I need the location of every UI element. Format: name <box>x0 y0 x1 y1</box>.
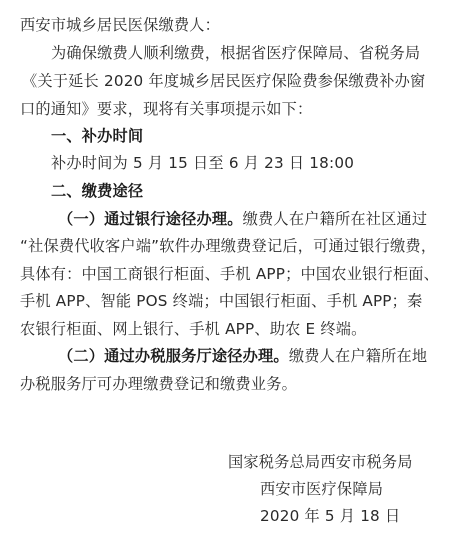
intro-line-2: 《关于延长 2020 年度城乡居民医疗保险费参保缴费补办窗 <box>22 71 425 91</box>
intro-line-1: 为确保缴费人顺利缴费，根据省医疗保障局、省税务局 <box>51 43 420 63</box>
item2-line2: 办税服务厅可办理缴费登记和缴费业务。 <box>20 374 297 394</box>
item1-line5: 农银行柜面、网上银行、手机 APP、助农 E 终端。 <box>20 319 367 339</box>
item1-label: （一）通过银行途径办理。 <box>58 210 243 228</box>
signature-date: 2020 年 5 月 18 日 <box>260 506 400 526</box>
item2-line1-rest: 缴费人在户籍所在地 <box>289 347 428 365</box>
section2-item2-line1: （二）通过办税服务厅途径办理。缴费人在户籍所在地 <box>58 346 427 366</box>
salutation: 西安市城乡居民医保缴费人： <box>20 15 220 35</box>
item2-label: （二）通过办税服务厅途径办理。 <box>58 347 289 365</box>
signature-org1: 国家税务总局西安市税务局 <box>228 452 413 472</box>
item1-line3: 具体有：中国工商银行柜面、手机 APP；中国农业银行柜面、 <box>20 264 439 284</box>
section2-heading: 二、缴费途径 <box>51 181 143 201</box>
intro-line-3: 口的通知》要求，现将有关事项提示如下： <box>20 99 312 119</box>
section2-item1-line1: （一）通过银行途径办理。缴费人在户籍所在社区通过 <box>58 209 427 229</box>
item1-line2: “社保费代收客户端”软件办理缴费登记后，可通过银行缴费， <box>20 236 436 256</box>
signature-org2: 西安市医疗保障局 <box>260 479 383 499</box>
section1-heading: 一、补办时间 <box>51 126 143 146</box>
item1-line1-rest: 缴费人在户籍所在社区通过 <box>243 210 428 228</box>
item1-line4: 手机 APP、智能 POS 终端；中国银行柜面、手机 APP；秦 <box>20 291 422 311</box>
section1-body: 补办时间为 5 月 15 日至 6 月 23 日 18:00 <box>51 153 354 173</box>
